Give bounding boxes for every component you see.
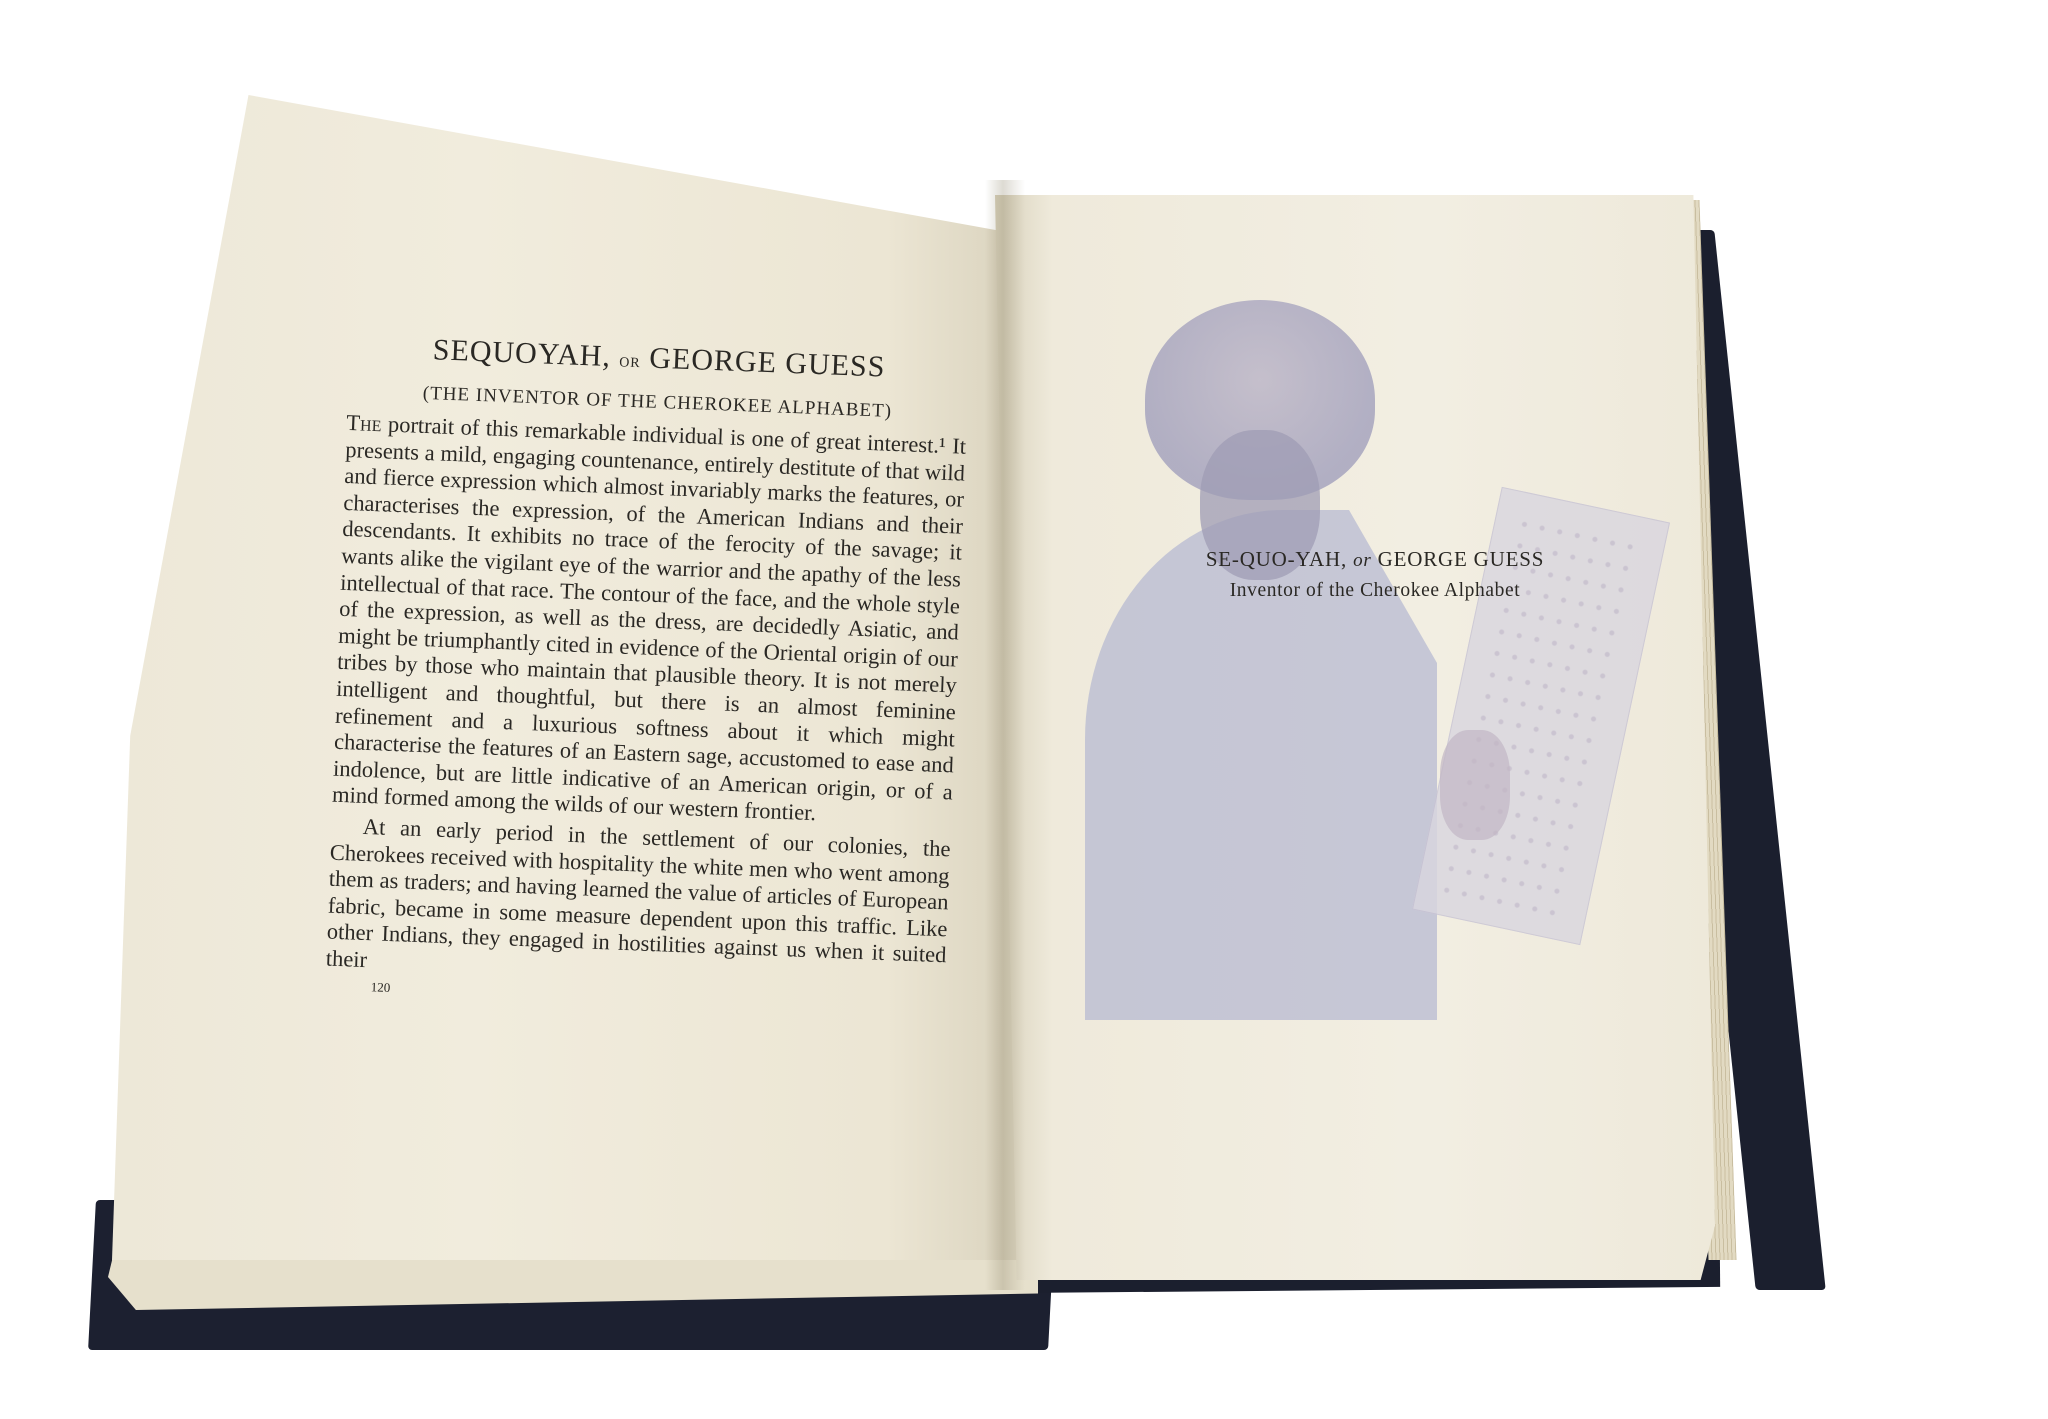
book-gutter	[985, 180, 1025, 1290]
caption-title: SE-QUO-YAH, or GEORGE GUESS	[1175, 547, 1575, 572]
paragraph-2: At an early period in the settlement of …	[325, 813, 951, 996]
title-part1: SEQUOYAH,	[432, 333, 611, 373]
portrait-hand	[1440, 730, 1510, 840]
caption-subtitle: Inventor of the Cherokee Alphabet	[1175, 580, 1575, 602]
paragraph-lead: The	[346, 410, 382, 436]
plate-caption: SE-QUO-YAH, or GEORGE GUESS Inventor of …	[1175, 547, 1575, 602]
open-book-photo: SEQUOYAH, or GEORGE GUESS (THE INVENTOR …	[0, 0, 2048, 1419]
left-page-text: SEQUOYAH, or GEORGE GUESS (THE INVENTOR …	[324, 330, 969, 1018]
portrait-plate	[1085, 300, 1645, 1000]
caption-or: or	[1353, 550, 1372, 571]
paragraph-1-body: portrait of this remarkable individual i…	[332, 411, 967, 825]
title-or: or	[619, 349, 641, 372]
paragraph-1: The portrait of this remarkable individu…	[332, 410, 967, 832]
caption-title-part1: SE-QUO-YAH,	[1206, 547, 1347, 571]
caption-title-part2: GEORGE GUESS	[1378, 547, 1545, 571]
